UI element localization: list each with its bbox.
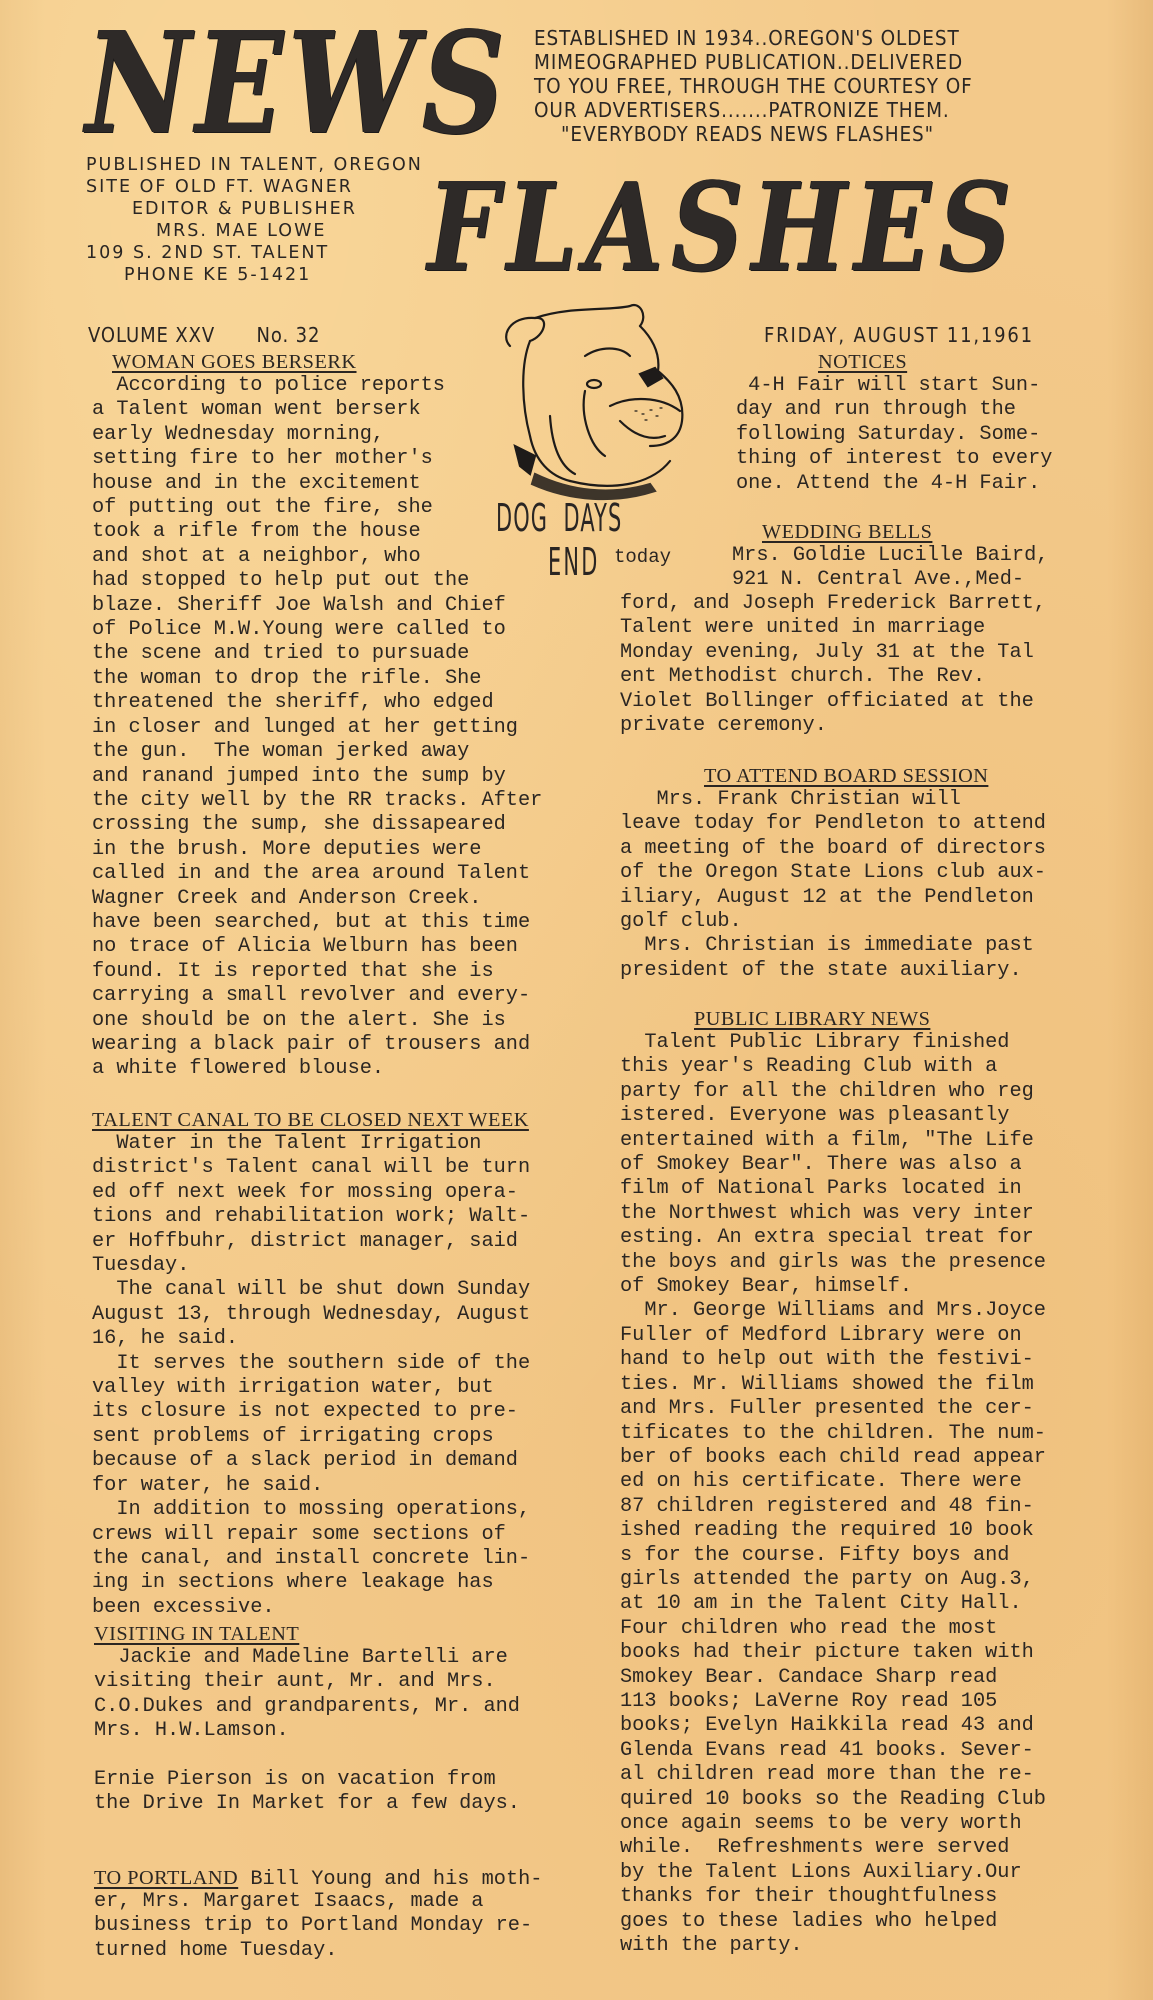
headline-board: TO ATTEND BOARD SESSION (704, 764, 988, 790)
article-board: Mrs. Frank Christian will leave today fo… (620, 788, 1046, 983)
article-library: Talent Public Library finished this year… (620, 1031, 1046, 1958)
publisher-line: MRS. MAE LOWE (86, 220, 423, 242)
headline-library: PUBLIC LIBRARY NEWS (694, 1007, 930, 1033)
article-notices: 4-H Fair will start Sun- day and run thr… (736, 374, 1052, 496)
tagline-line: OUR ADVERTISERS.......PATRONIZE THEM. (534, 98, 1020, 122)
volume-number: VOLUME XXV (88, 323, 215, 347)
publisher-info: PUBLISHED IN TALENT, OREGON SITE OF OLD … (86, 154, 423, 286)
publisher-line: PUBLISHED IN TALENT, OREGON (86, 154, 423, 176)
masthead-title-news: NEWS (86, 14, 510, 154)
headline-portland: TO PORTLAND (94, 1867, 238, 1889)
headline-wedding: WEDDING BELLS (762, 520, 932, 546)
publisher-line: EDITOR & PUBLISHER (86, 198, 423, 220)
masthead-title-flashes: FLASHES (428, 166, 1020, 288)
article-portland: er, Mrs. Margaret Isaacs, made a busines… (94, 1890, 532, 1963)
article-wedding: ford, and Joseph Frederick Barrett, Tale… (620, 592, 1046, 738)
masthead-tagline: ESTABLISHED IN 1934..OREGON'S OLDEST MIM… (534, 26, 1020, 146)
article-canal: Water in the Talent Irrigation district'… (92, 1132, 530, 1620)
headline-notices: NOTICES (818, 350, 907, 376)
publisher-line: PHONE KE 5-1421 (86, 264, 423, 286)
publisher-line: 109 S. 2ND ST. TALENT (86, 242, 423, 264)
article-berserk: According to police reports a Talent wom… (92, 374, 542, 1082)
dog-days-today: today (614, 546, 671, 568)
issue-number: No. 32 (256, 323, 320, 347)
masthead-slogan: "EVERYBODY READS NEWS FLASHES" (534, 122, 1020, 146)
tagline-line: MIMEOGRAPHED PUBLICATION..DELIVERED (534, 50, 1020, 74)
headline-visiting: VISITING IN TALENT (94, 1622, 299, 1648)
article-wedding-top: Mrs. Goldie Lucille Baird, 921 N. Centra… (732, 544, 1048, 593)
article-portland-lead: TO PORTLAND Bill Young and his moth- (94, 1866, 542, 1892)
dateline: FRIDAY, AUGUST 11,1961 (764, 323, 1034, 347)
article-visiting: Jackie and Madeline Bartelli are visitin… (94, 1646, 520, 1817)
headline-berserk: WOMAN GOES BERSERK (112, 350, 357, 376)
dog-days-end: END (548, 540, 600, 584)
publisher-line: SITE OF OLD FT. WAGNER (86, 176, 423, 198)
tagline-line: ESTABLISHED IN 1934..OREGON'S OLDEST (534, 26, 1020, 50)
volume-issue: VOLUME XXVNo. 32 (88, 323, 320, 347)
tagline-line: TO YOU FREE, THROUGH THE COURTESY OF (534, 74, 1020, 98)
headline-canal: TALENT CANAL TO BE CLOSED NEXT WEEK (92, 1108, 529, 1134)
